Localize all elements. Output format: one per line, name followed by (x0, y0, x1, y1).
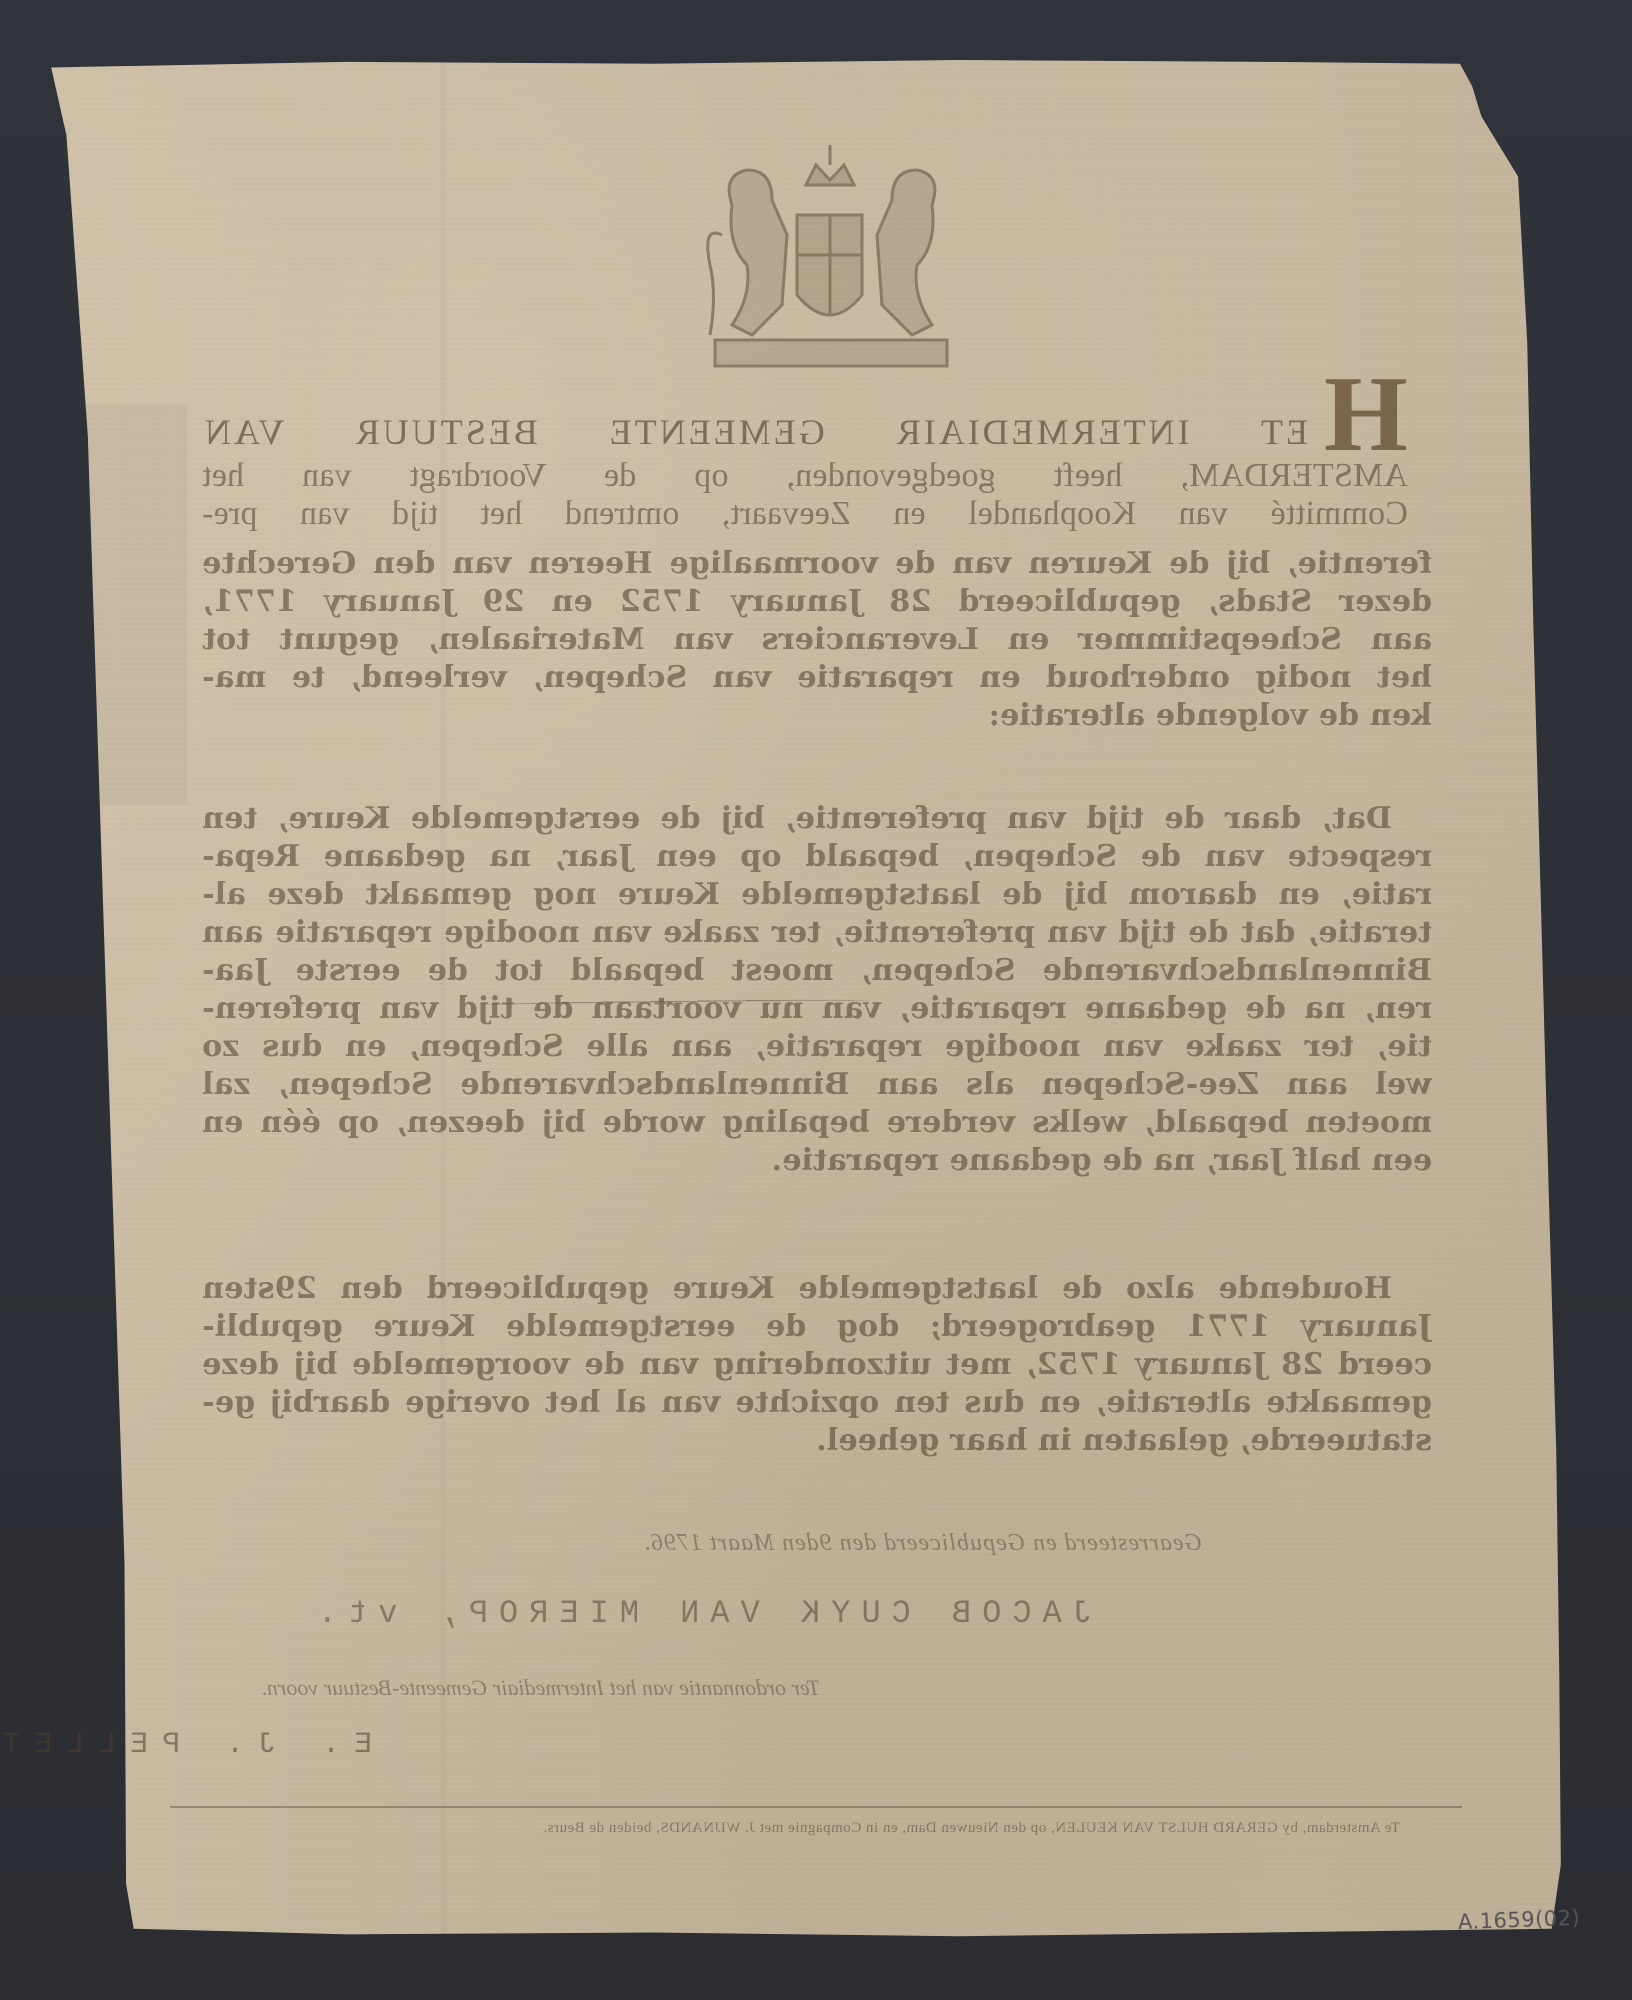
paragraph-2: Dat, daar de tijd van preferentie, bij d… (202, 800, 1432, 1180)
text-line: ceerd 28 January 1752, met uitzondering … (202, 1346, 1432, 1384)
text-line: Binnenlandschvarende Schepen, moest bepa… (202, 952, 1432, 990)
signer-name: JACOB CUYK VAN MIEROP, vt. (307, 1595, 1092, 1632)
divider-rule (170, 1806, 1462, 1808)
text-line: ken de volgende alteratie: (202, 697, 1432, 735)
text-line: statueerde, gelaaten in haar geheel. (202, 1422, 1432, 1460)
text-line: tie, ter zaake van noodige reparatie, aa… (202, 1028, 1432, 1066)
text-line: teratie, dat de tijd van preferentie, te… (202, 914, 1432, 952)
text-line: ferentie, bij de Keuren van de voormaali… (202, 545, 1432, 583)
text-line: aan Scheepstimmer en Leveranciers van Ma… (202, 621, 1432, 659)
coat-of-arms-icon (690, 145, 972, 375)
paragraph-1: ferentie, bij de Keuren van de voormaali… (202, 545, 1432, 735)
text-line: dezer Stads, gepubliceerd 28 January 175… (202, 583, 1432, 621)
text-line: wel aan Zee-Schepen als aan Binnenlandsc… (202, 1066, 1432, 1104)
ordinance-line: Ter ordonnantie van het Intermediair Gem… (261, 1675, 820, 1701)
heading-line: AMSTERDAM, heeft goedgevonden, op de Voo… (202, 457, 1408, 495)
text-line: een half Jaar, na de gedaane reparatie. (202, 1142, 1432, 1180)
publication-date-line: Gearresteerd en Gepubliceerd den 9den Ma… (643, 1530, 1202, 1557)
heading-line: Committé van Koophandel en Zeevaart, omt… (202, 495, 1408, 533)
text-line: Dat, daar de tijd van preferentie, bij d… (202, 800, 1432, 838)
text-line: het nodig onderhoud en reparatie van Sch… (202, 659, 1432, 697)
secretary-name: E. J. PELLETIER. (0, 1728, 372, 1762)
text-line: moeten bepaald, welks verdere bepaling w… (202, 1104, 1432, 1142)
text-line: January 1771 geabrogeerd; dog de eerstge… (202, 1308, 1432, 1346)
paragraph-3: Houdende alzo de laatstgemelde Keure gep… (202, 1270, 1432, 1460)
text-line: gemaakte alteratie, en dus ten opzichte … (202, 1384, 1432, 1422)
heading-line: ET INTERMEDIAIR GEMEENTE BESTUUR VAN (202, 413, 1408, 451)
text-line: respecte van de Schepen, bepaald op een … (202, 838, 1432, 876)
printer-imprint: Te Amsterdam, by GERARD HULST VAN KEULEN… (543, 1820, 1400, 1837)
text-line: ratie, en daarom bij de laatstgemelde Ke… (202, 876, 1432, 914)
text-line: Houdende alzo de laatstgemelde Keure gep… (202, 1270, 1432, 1308)
archive-shelfmark: A.1659(02) (1458, 1906, 1581, 1934)
text-line: ren, na de gedaane reparatie, van nu voo… (202, 990, 1432, 1028)
heading-block: ET INTERMEDIAIR GEMEENTE BESTUUR VAN AMS… (202, 413, 1408, 533)
